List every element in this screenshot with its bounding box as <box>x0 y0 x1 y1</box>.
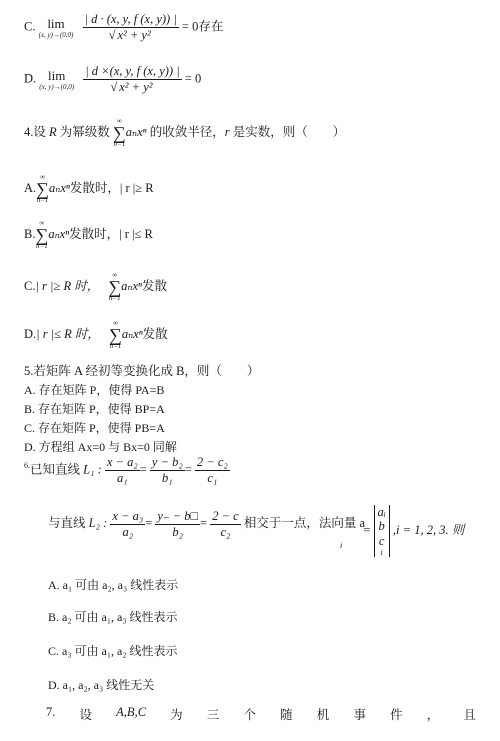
series-term: aₙxⁿ <box>49 181 70 195</box>
q3-option-c: C. lim (x, y)→(0,0) | d · (x, y, f (x, y… <box>24 12 223 43</box>
limit-operator: lim (x, y)→(0,0) <box>39 17 74 39</box>
stem-char: 随 <box>280 705 293 723</box>
summation: ∞ ∑ n=1 <box>113 118 126 148</box>
stem-text: 的收敛半径， <box>147 125 225 139</box>
stem-char: 三 <box>207 705 220 723</box>
q4-option-a: A.∞∑n=1aₙxⁿ发散时，| r |≥ R <box>24 174 154 204</box>
q6-option-d: D. a₁, a₂, a₃ 线性无关 <box>48 676 154 693</box>
q4-option-d: D.| r |≤ R 时， ∞∑n=1aₙxⁿ发散 <box>24 320 168 350</box>
series-term: aₙxⁿ <box>121 279 142 293</box>
line-L1: L₁ : <box>83 462 102 476</box>
fraction: | d · (x, y, f (x, y)) | √x² + y² <box>83 12 179 43</box>
option-text: 发散 <box>142 279 167 293</box>
fraction: y₋ − b□b₂ <box>155 508 200 540</box>
q6-line2: 与直线 L₂ : x − a₃a₂= y₋ − b□b₂= 2 − cc₂ 相交… <box>48 508 365 540</box>
stem-char: 机 <box>317 705 330 723</box>
var-R: R <box>49 125 57 139</box>
summation: ∞∑n=1 <box>36 174 49 204</box>
fraction: y − b₂b₁ <box>150 455 185 486</box>
fraction: x − a₂a₁ <box>105 455 140 486</box>
q6-normal-vector: i = aᵢ b c i ,i = 1, 2, 3. 则 <box>340 505 464 557</box>
stem-text: 与直线 <box>48 516 89 530</box>
q5-option-c: C. 存在矩阵 P，使得 PB=A <box>24 419 259 438</box>
q5-option-b: B. 存在矩阵 P，使得 BP=A <box>24 400 259 419</box>
summation: ∞∑n=1 <box>108 272 121 302</box>
column-vector: aᵢ b c i <box>374 505 390 557</box>
stem-text: 设 <box>33 125 49 139</box>
option-text: 发散时，| r |≤ R <box>69 227 153 241</box>
q4-option-b: B.∞∑n=1aₙxⁿ发散时，| r |≤ R <box>24 220 153 250</box>
q6-option-b: B. a₂ 可由 a₁, a₃ 线性表示 <box>48 608 178 625</box>
q7-stem: 7. 设 A,B,C 为 三 个 随 机 事 件 ， 且 <box>46 705 476 723</box>
q5-option-a: A. 存在矩阵 P，使得 PA=B <box>24 381 259 400</box>
sqrt: √x² + y² <box>110 80 154 95</box>
line-L2: L₂ : <box>89 516 108 530</box>
fraction: | d ×(x, y, f (x, y)) | √x² + y² <box>83 64 181 95</box>
question-number: 7. <box>46 705 55 723</box>
q4-option-c: C.| r |≥ R 时， ∞∑n=1aₙxⁿ发散 <box>24 272 167 302</box>
stem-text: 为幂级数 <box>57 125 110 139</box>
stem-char: 个 <box>243 705 256 723</box>
option-condition: | r |≤ R 时， <box>36 327 100 341</box>
stem-char: 件 <box>390 705 403 723</box>
series-term: aₙxⁿ <box>48 227 69 241</box>
rhs: = 0 <box>185 71 201 85</box>
summation: ∞∑n=1 <box>35 220 48 250</box>
q6-option-a: A. a₁ 可由 a₂, a₃ 线性表示 <box>48 576 178 593</box>
option-label: A. <box>24 181 36 195</box>
series-term: aₙxⁿ <box>122 327 143 341</box>
limit-operator: lim (x, y)→(0,0) <box>39 69 74 91</box>
events-abc: A,B,C <box>116 705 146 723</box>
option-label: D. <box>24 71 36 85</box>
q6-line1: 6.已知直线 L₁ : x − a₂a₁= y − b₂b₁= 2 − c₂c₁ <box>24 455 230 486</box>
stem-char: ， <box>427 705 440 723</box>
stem-text: 是实数，则（ ） <box>230 125 346 139</box>
option-label: D. <box>24 327 36 341</box>
option-label: B. <box>24 227 35 241</box>
q6-option-c: C. a₃ 可由 a₁, a₂ 线性表示 <box>48 642 178 659</box>
series-term: aₙxⁿ <box>126 125 147 139</box>
stem-text: 已知直线 <box>30 462 83 476</box>
stem-char: 且 <box>463 705 476 723</box>
stem-char: 设 <box>80 705 93 723</box>
q5-block: 5.若矩阵 A 经初等变换化成 B，则（ ） A. 存在矩阵 P，使得 PA=B… <box>24 362 259 457</box>
fraction: 2 − c₂c₁ <box>195 455 230 486</box>
question-number: 4. <box>24 125 33 139</box>
rhs: = 0存在 <box>182 19 223 33</box>
stem-char: 事 <box>353 705 366 723</box>
option-label: C. <box>24 279 35 293</box>
sqrt: √x² + y² <box>109 28 153 43</box>
summation: ∞∑n=1 <box>109 320 122 350</box>
stem-char: 为 <box>170 705 183 723</box>
option-text: 发散时，| r |≥ R <box>70 181 154 195</box>
q4-stem: 4.设 R 为幂级数 ∞ ∑ n=1 aₙxⁿ 的收敛半径，r 是实数，则（ ） <box>24 118 345 148</box>
fraction: x − a₃a₂ <box>110 509 145 540</box>
option-label: C. <box>24 19 35 33</box>
fraction: 2 − cc₂ <box>210 509 240 540</box>
q3-option-d: D. lim (x, y)→(0,0) | d ×(x, y, f (x, y)… <box>24 64 201 95</box>
option-text: 发散 <box>143 327 168 341</box>
option-condition: | r |≥ R 时， <box>35 279 99 293</box>
q5-stem: 5.若矩阵 A 经初等变换化成 B，则（ ） <box>24 362 259 381</box>
